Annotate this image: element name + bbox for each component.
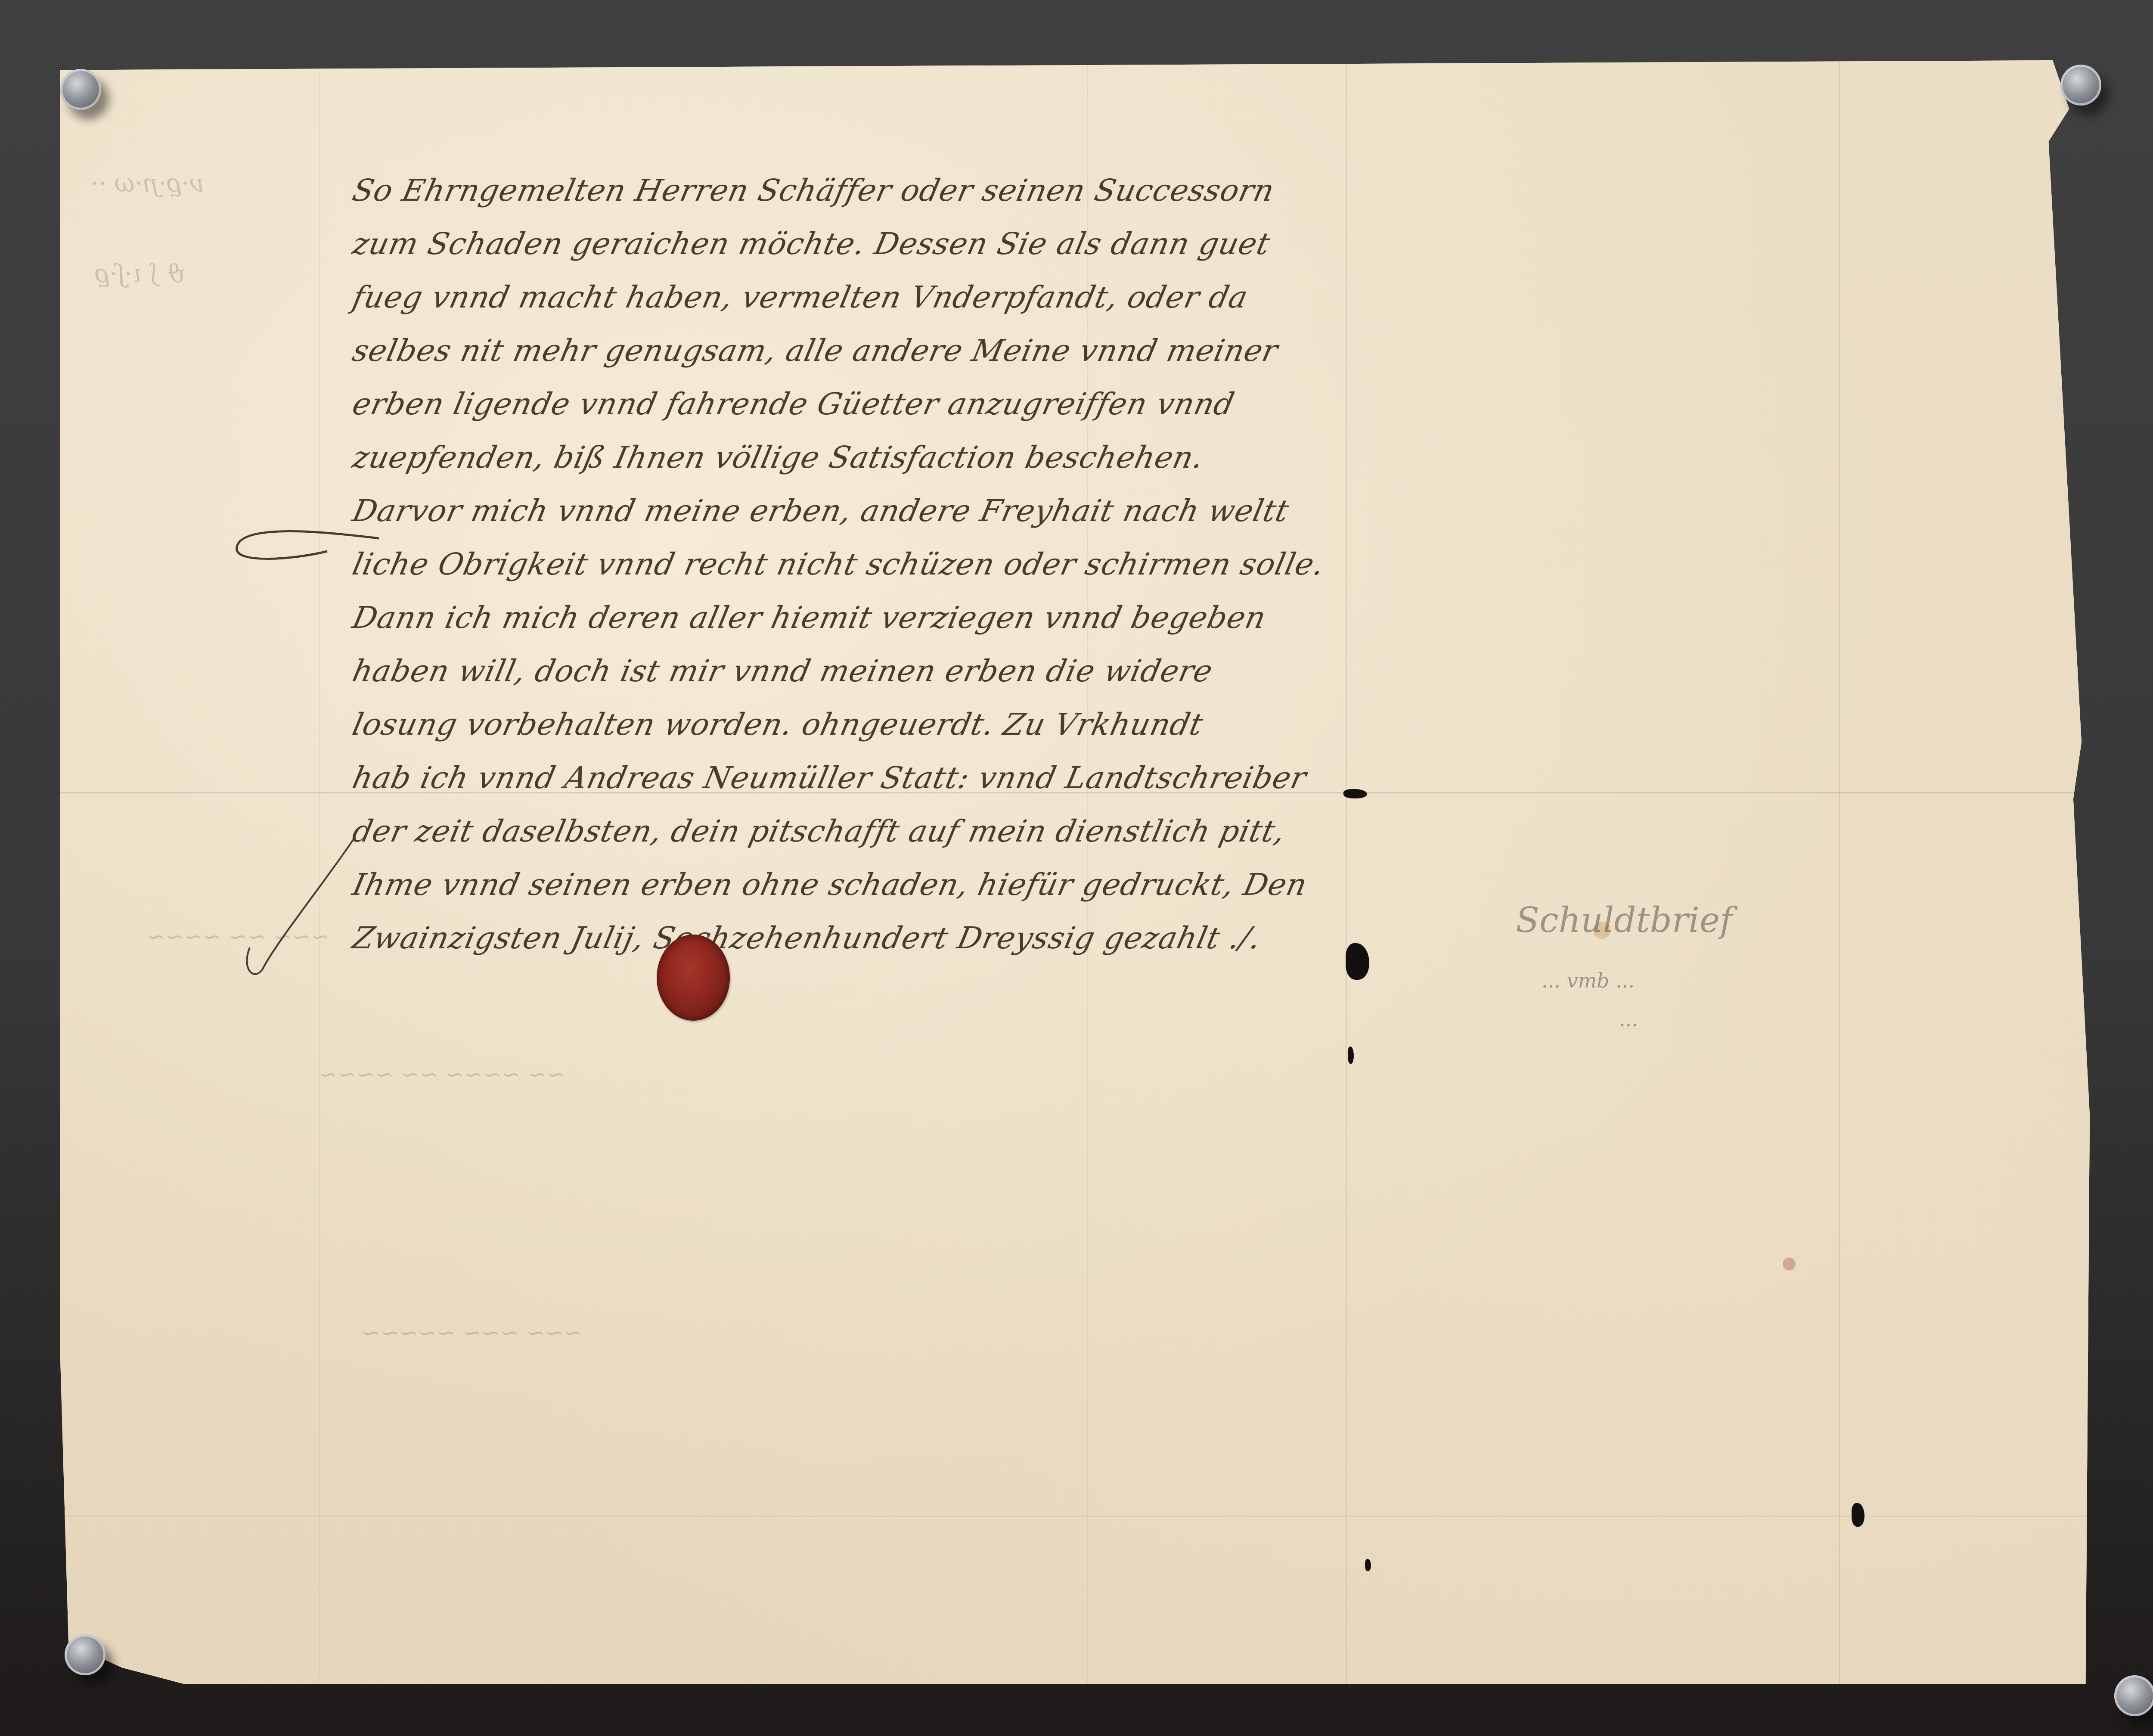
text-line: Ihme vnnd seinen erben ohne schaden, hie… (347, 858, 1168, 911)
letter-body: So Ehrngemelten Herren Schäffer oder sei… (353, 164, 1163, 965)
paper-hole (1852, 1503, 1864, 1527)
text-line: haben will, doch ist mir vnnd meinen erb… (347, 644, 1168, 698)
text-line: Zwainzigsten Julij, Sechzehenhundert Dre… (347, 911, 1168, 965)
text-line: liche Obrigkeit vnnd recht nicht schüzen… (347, 537, 1168, 591)
paper-hole (1346, 943, 1369, 980)
vertical-fold-crease (1346, 60, 1347, 1684)
paper-hole (1343, 789, 1367, 798)
paper-hole (1365, 1559, 1371, 1571)
show-through-text: ~~ ~~~~ ~~ ~~~~ (319, 1051, 565, 1098)
mounting-pin-top-right (2060, 65, 2101, 106)
pen-flourish (224, 512, 396, 986)
text-line: fueg vnnd macht haben, vermelten Vnderpf… (347, 270, 1168, 324)
paper-hole (1348, 1047, 1354, 1064)
mounting-pin-bottom-right (2114, 1675, 2153, 1716)
text-line: zum Schaden geraichen möchte. Dessen Sie… (347, 217, 1168, 270)
vertical-fold-crease (1839, 60, 1840, 1684)
endorsement-line: ... (1619, 1008, 1638, 1031)
endorsement-title: Schuldtbrief (1516, 900, 1733, 940)
text-line: selbes nit mehr genugsam, alle andere Me… (347, 324, 1168, 377)
text-line: So Ehrngemelten Herren Schäffer oder sei… (347, 164, 1168, 217)
endorsement-line: ... vmb ... (1542, 969, 1635, 992)
text-line: hab ich vnnd Andreas Neumüller Statt: vn… (347, 751, 1168, 804)
show-through-text: ~~~ ~~~ ~~~~~ (362, 1309, 582, 1357)
show-through-text: ϑ ⟆ ι·ʃ·ϱ (95, 250, 185, 297)
mounting-pin-top-left (60, 69, 101, 110)
text-line: der zeit daselbsten, dein pitschafft auf… (347, 804, 1168, 858)
text-line: zuepfenden, biß Ihnen völlige Satisfacti… (347, 431, 1168, 484)
text-line: Dann ich mich deren aller hiemit verzieg… (347, 591, 1168, 644)
text-line: erben ligende vnnd fahrende Güetter anzu… (347, 377, 1168, 431)
text-line: Darvor mich vnnd meine erben, andere Fre… (347, 484, 1168, 537)
text-line: losung vorbehalten worden. ohngeuerdt. Z… (347, 698, 1168, 751)
show-through-text: ν·ϱ·ɲ·ω ·· (90, 159, 205, 207)
foxing-stain (1783, 1258, 1796, 1270)
manuscript-sheet: ν·ϱ·ɲ·ω ·· ϑ ⟆ ι·ʃ·ϱ ~~~ ~~ ~~~~ ~~ ~~~~… (60, 60, 2119, 1684)
mounting-pin-bottom-left (65, 1634, 105, 1675)
horizontal-fold-crease (60, 1516, 2119, 1518)
wax-seal: red wax seal (657, 935, 730, 1021)
